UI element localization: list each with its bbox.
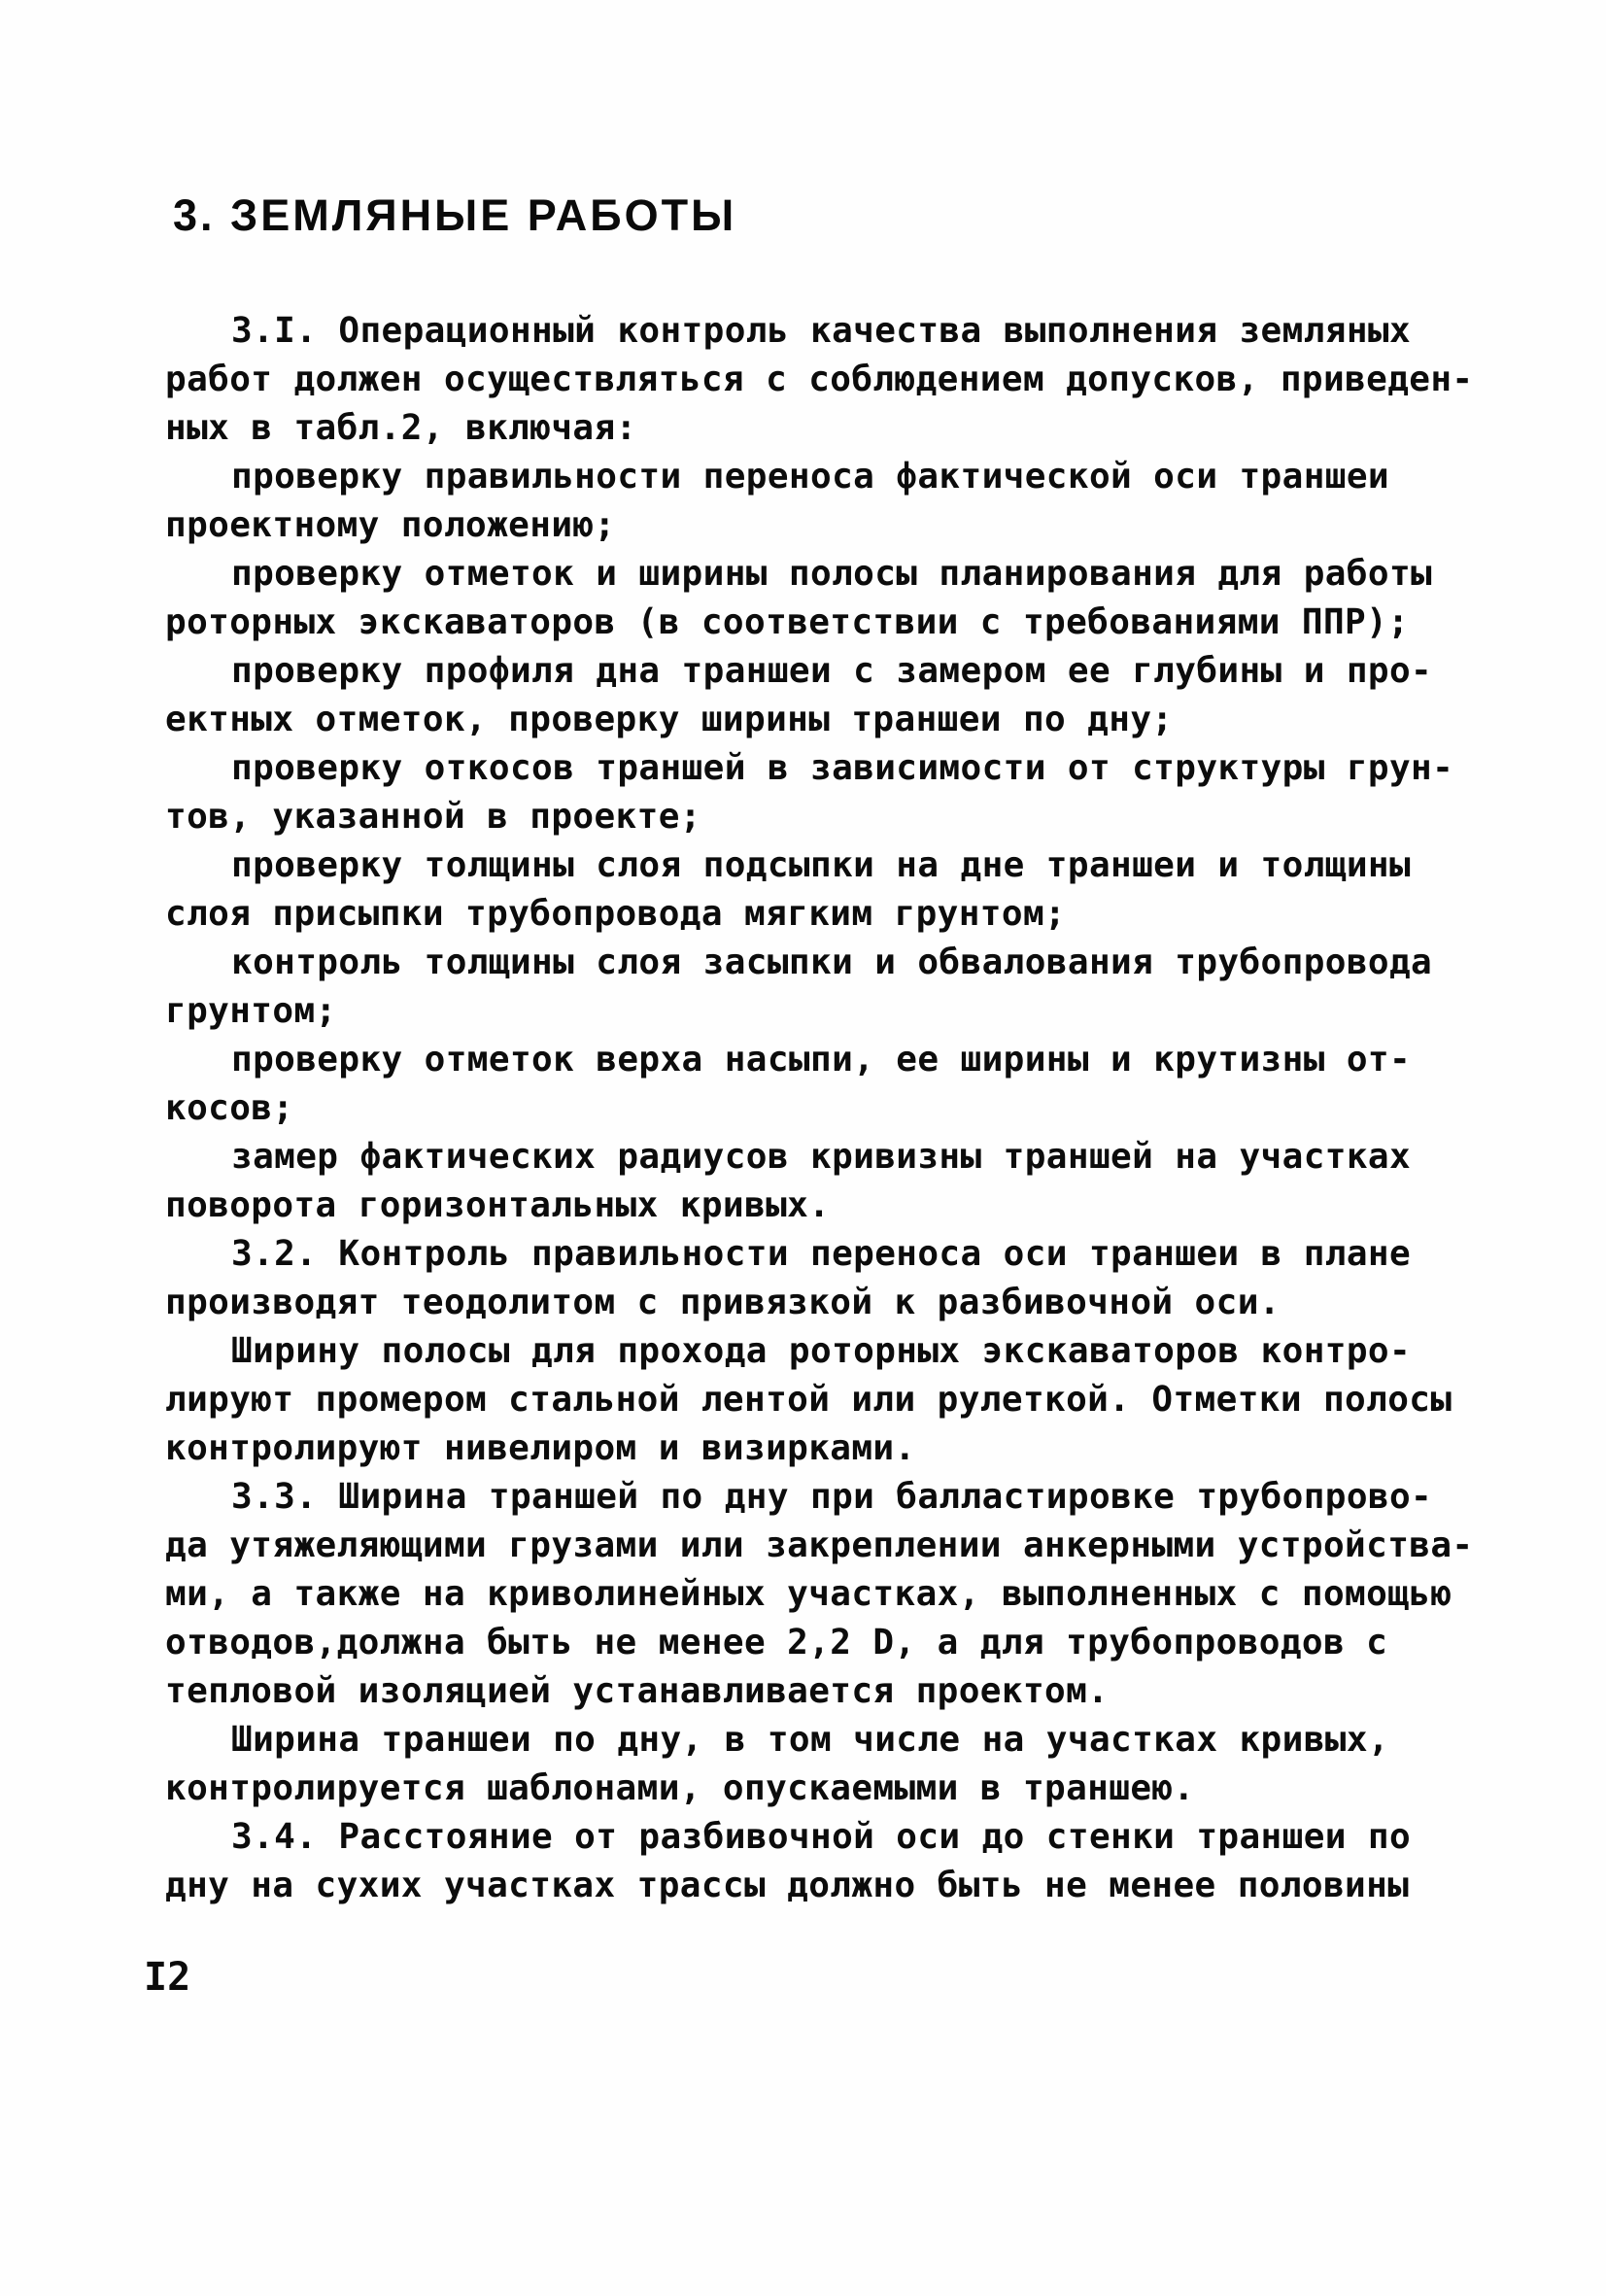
document-page: 3. ЗЕМЛЯНЫЕ РАБОТЫ 3.I. Операционный кон… <box>0 0 1606 2296</box>
text-line: косов; <box>165 1084 1525 1133</box>
text-line: Ширину полосы для прохода роторных экска… <box>165 1327 1525 1376</box>
text-line: проектному положению; <box>165 501 1525 550</box>
page-number: I2 <box>144 1955 190 2000</box>
text-line: поворота горизонтальных кривых. <box>165 1182 1525 1230</box>
text-line: работ должен осуществляться с соблюдение… <box>165 356 1525 404</box>
text-line: 3.3. Ширина траншей по дну при балластир… <box>165 1473 1525 1522</box>
text-line: роторных экскаваторов (в соответствии с … <box>165 599 1525 647</box>
text-line: проверку профиля дна траншеи с замером е… <box>165 647 1525 696</box>
text-line: слоя присыпки трубопровода мягким грунто… <box>165 890 1525 939</box>
text-line: ных в табл.2, включая: <box>165 404 1525 453</box>
text-line: контролируют нивелиром и визирками. <box>165 1424 1525 1473</box>
section-heading: 3. ЗЕМЛЯНЫЕ РАБОТЫ <box>173 190 736 241</box>
text-line: проверку отметок и ширины полосы планиро… <box>165 550 1525 599</box>
text-line: замер фактических радиусов кривизны тран… <box>165 1133 1525 1182</box>
text-line: производят теодолитом с привязкой к разб… <box>165 1279 1525 1327</box>
text-line: проверку толщины слоя подсыпки на дне тр… <box>165 841 1525 890</box>
text-line: 3.4. Расстояние от разбивочной оси до ст… <box>165 1813 1525 1862</box>
text-line: да утяжеляющими грузами или закреплении … <box>165 1522 1525 1570</box>
text-line: контроль толщины слоя засыпки и обвалова… <box>165 939 1525 987</box>
text-line: Ширина траншеи по дну, в том числе на уч… <box>165 1716 1525 1765</box>
text-line: 3.I. Операционный контроль качества выпо… <box>165 307 1525 356</box>
text-line: ми, а также на криволинейных участках, в… <box>165 1570 1525 1619</box>
text-line: тов, указанной в проекте; <box>165 793 1525 841</box>
text-line: дну на сухих участках трассы должно быть… <box>165 1862 1525 1910</box>
body-text: 3.I. Операционный контроль качества выпо… <box>165 307 1525 1910</box>
text-line: проверку отметок верха насыпи, ее ширины… <box>165 1036 1525 1084</box>
text-line: грунтом; <box>165 987 1525 1036</box>
text-line: контролируется шаблонами, опускаемыми в … <box>165 1765 1525 1813</box>
text-line: лируют промером стальной лентой или руле… <box>165 1376 1525 1424</box>
text-line: тепловой изоляцией устанавливается проек… <box>165 1667 1525 1716</box>
text-line: 3.2. Контроль правильности переноса оси … <box>165 1230 1525 1279</box>
text-line: отводов,должна быть не менее 2,2 D, а дл… <box>165 1619 1525 1667</box>
text-line: проверку правильности переноса фактическ… <box>165 453 1525 501</box>
text-line: ектных отметок, проверку ширины траншеи … <box>165 696 1525 744</box>
text-line: проверку откосов траншей в зависимости о… <box>165 744 1525 793</box>
